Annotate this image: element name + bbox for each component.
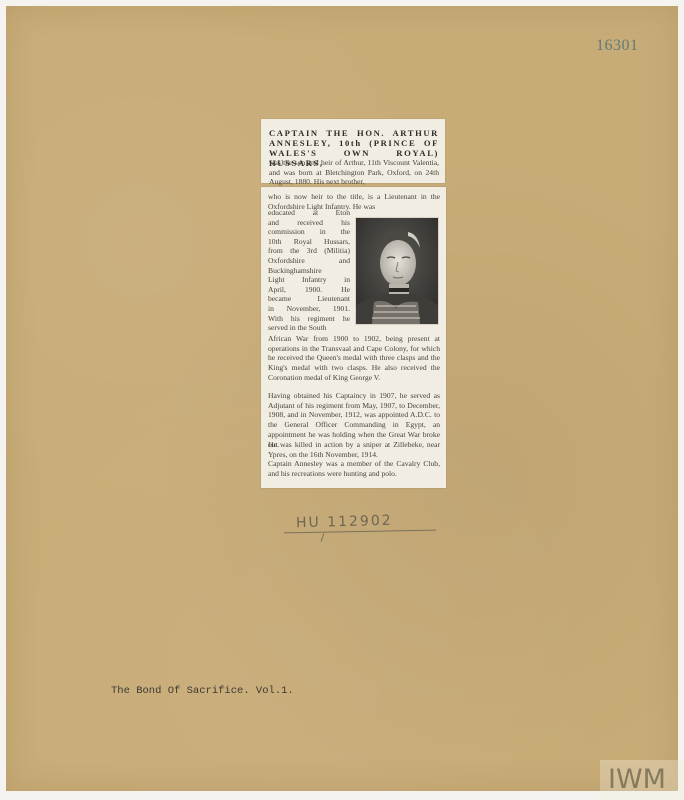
archive-card: 16301 CAPTAIN THE HON. ARTHUR ANNESLEY, … (6, 6, 678, 791)
watermark-text: IWM (608, 764, 666, 795)
column-line: and received his (268, 218, 350, 228)
clipping-heading: CAPTAIN THE HON. ARTHUR ANNESLEY, 10th (… (261, 119, 445, 183)
column-line: educated at Eton (268, 208, 350, 218)
clipping-intro: was the son and heir of Arthur, 11th Vis… (269, 158, 439, 187)
column-line: served in the South (268, 323, 350, 333)
source-citation: The Bond Of Sacrifice. Vol.1. (111, 685, 294, 697)
column-line: April, 1900. He (268, 285, 350, 295)
column-line: Light Infantry in (268, 275, 350, 285)
column-line: 10th Royal Hussars, (268, 237, 350, 247)
column-line: commission in the (268, 227, 350, 237)
column-line: With his regiment he (268, 314, 350, 324)
iwm-watermark-logo: IWM (600, 760, 684, 800)
column-line: Buckinghamshire (268, 266, 350, 276)
clipping-body: who is now heir to the title, is a Lieut… (261, 187, 446, 488)
column-line: became Lieutenant (268, 294, 350, 304)
column-line: in November, 1901. (268, 304, 350, 314)
handwritten-mark (320, 533, 324, 542)
body-column-text: educated at Etonand received hiscommissi… (268, 208, 350, 333)
body-paragraph-death: He was killed in action by a sniper at Z… (268, 440, 440, 459)
portrait-photo-icon (355, 217, 439, 325)
body-paragraph-club: Captain Annesley was a member of the Cav… (268, 459, 440, 478)
catalog-number: 16301 (596, 37, 639, 55)
column-line: from the 3rd (Militia) (268, 246, 350, 256)
body-continuation: African War from 1900 to 1902, being pre… (268, 334, 440, 383)
column-line: Oxfordshire and (268, 256, 350, 266)
handwritten-reference: HU 112902 (296, 513, 393, 532)
